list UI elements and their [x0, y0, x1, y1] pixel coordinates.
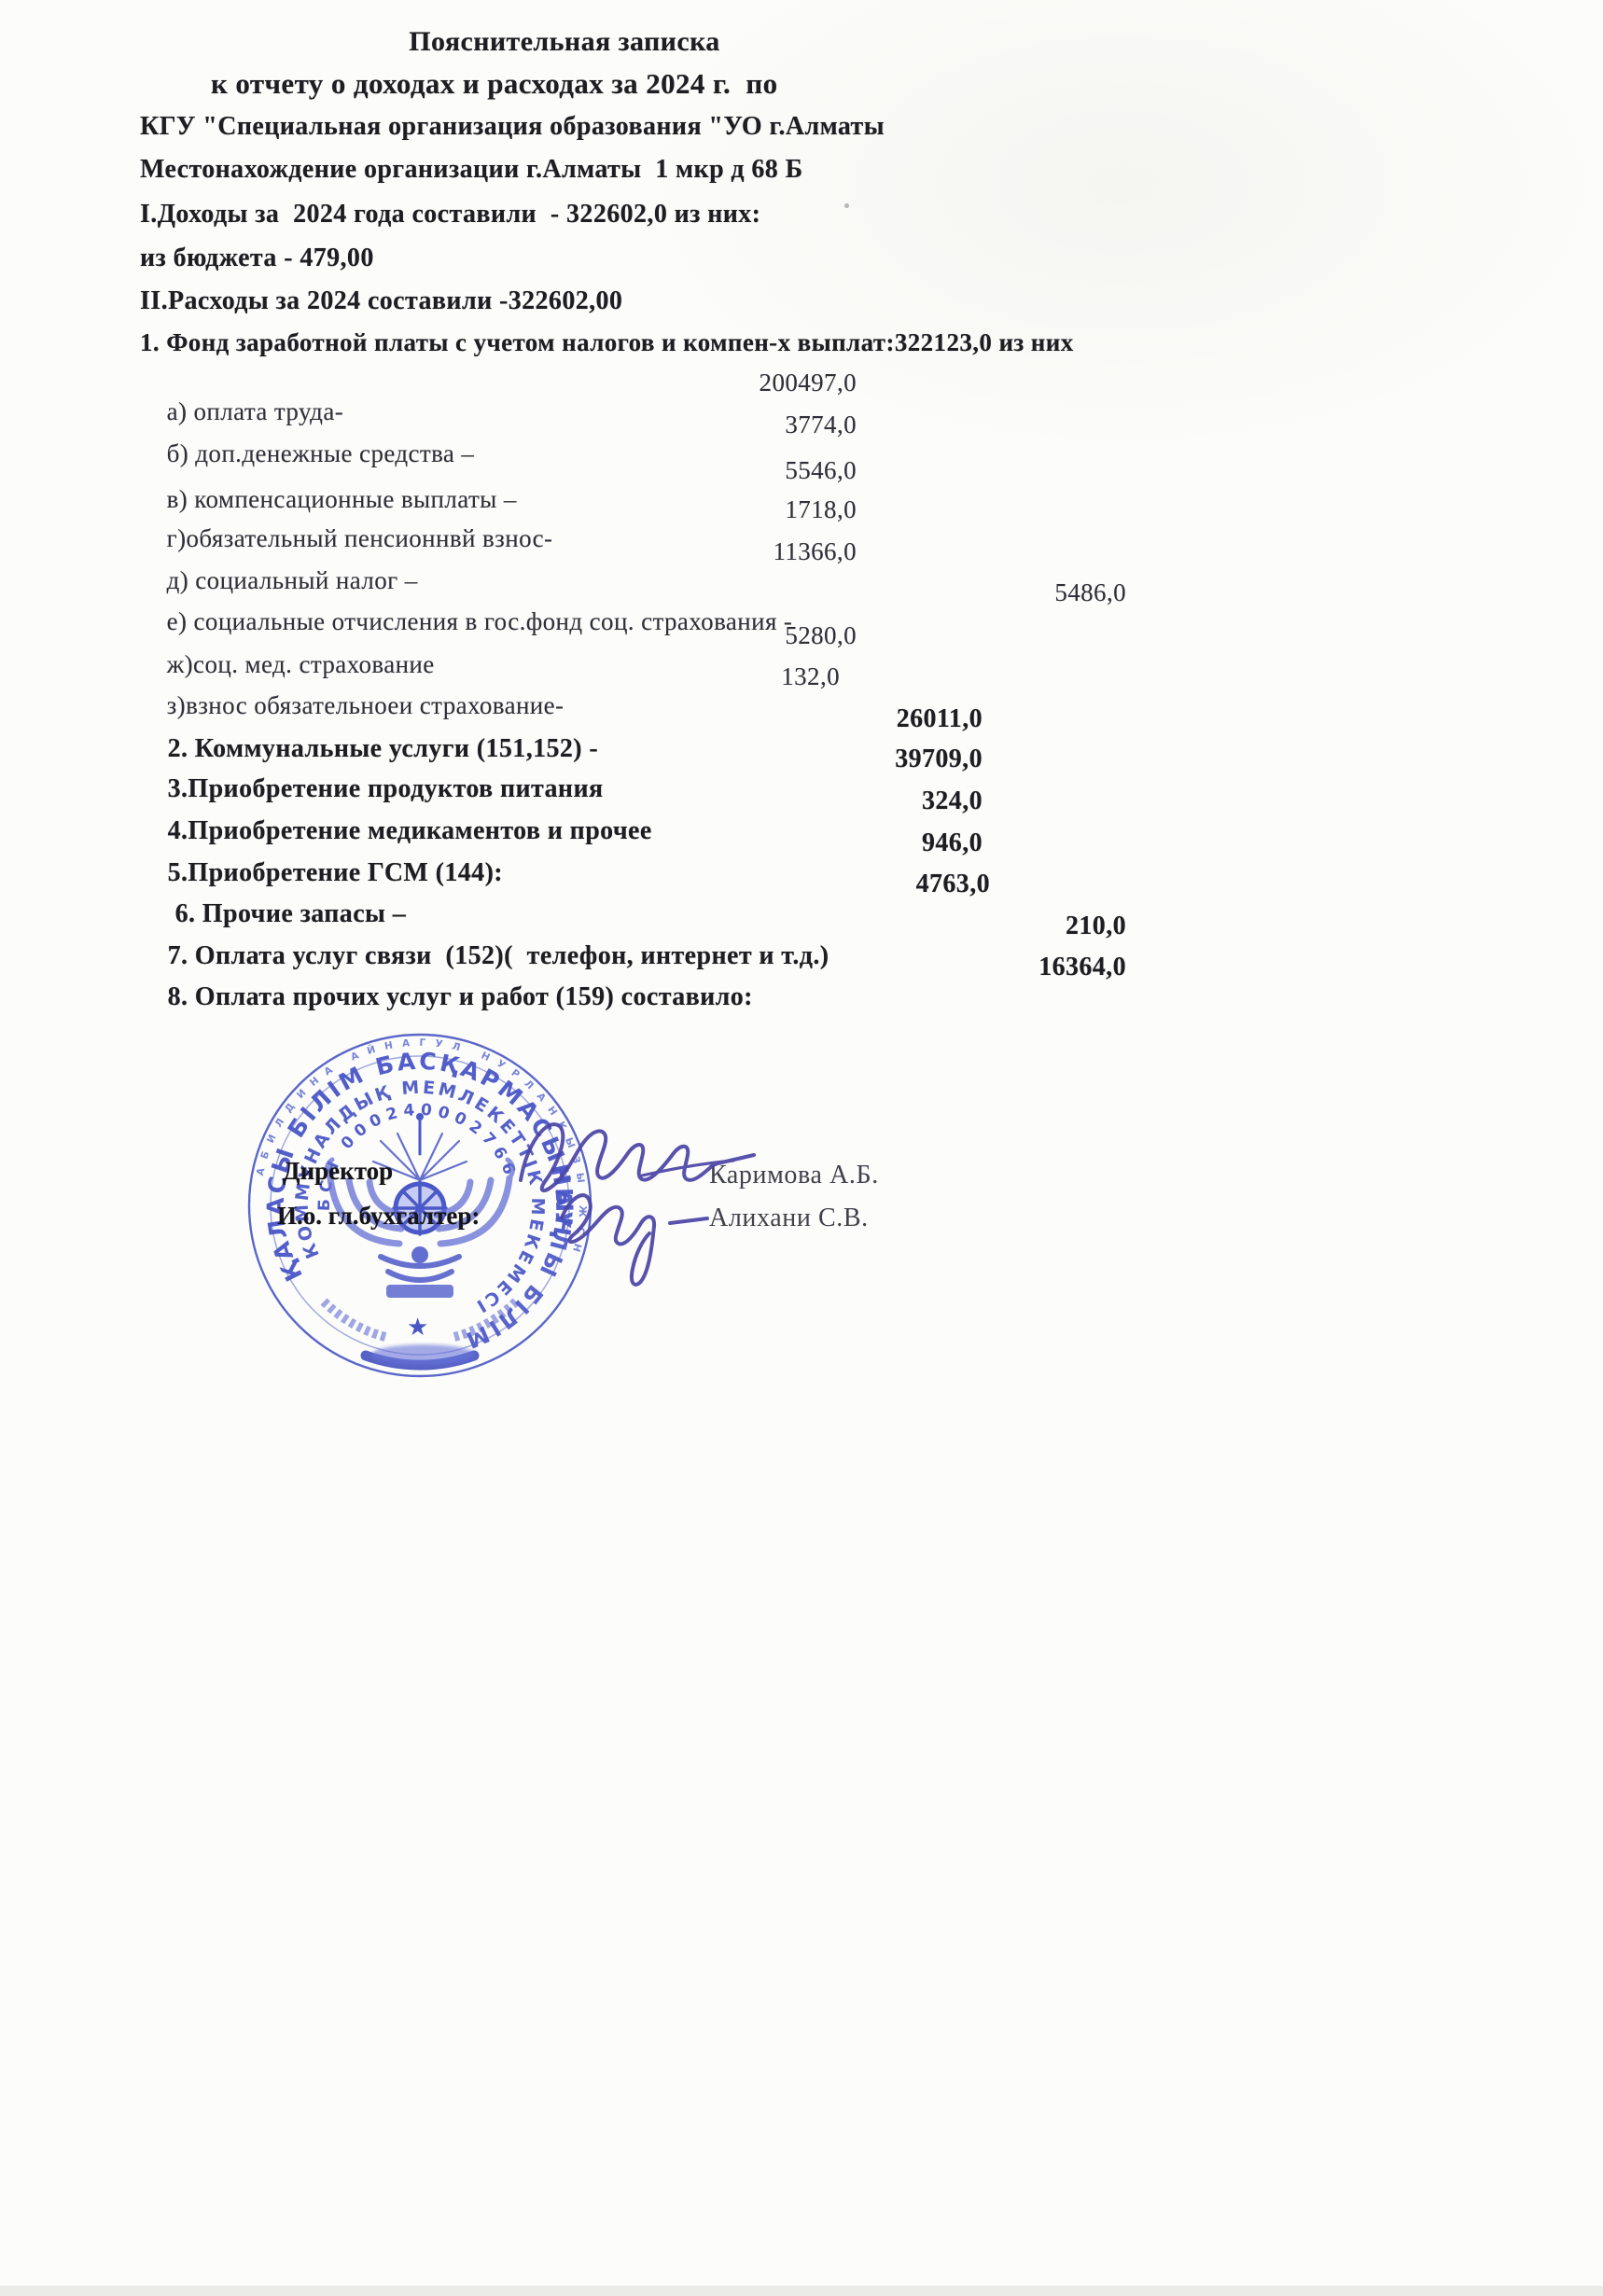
subitem-value: 5280,0: [595, 621, 857, 650]
subitem-value: 200497,0: [595, 369, 857, 397]
subitem-row: в) компенсационные выплаты – 5546,0: [140, 456, 1474, 494]
org-line: КГУ "Специальная организация образования…: [140, 112, 885, 142]
ribbon: [386, 1285, 453, 1298]
subitem-value: 11366,0: [595, 537, 857, 566]
subitem-row: г)обязательный пенсионнвй взнос- 1718,0: [140, 495, 1474, 533]
signature-director: [521, 1124, 754, 1190]
expense-item-value: 26011,0: [721, 704, 983, 734]
subitem-row: е) социальные отчисления в гос.фонд соц.…: [140, 578, 1474, 616]
scan-edge: [0, 2286, 1603, 2296]
expense-item-value: 4763,0: [729, 870, 990, 899]
location-line: Местонахождение организации г.Алматы 1 м…: [140, 155, 803, 185]
expense-item-row: 8. Оплата прочих услуг и работ (159) сос…: [140, 953, 1474, 990]
signatures: [504, 1054, 914, 1325]
signature-accountant-dash: [670, 1218, 707, 1223]
expense-item-row: 2. Коммунальные услуги (151,152) - 26011…: [140, 704, 1474, 742]
expense-item-row: 4.Приобретение медикаментов и прочее 324…: [140, 786, 1474, 824]
expense-item-label: 8. Оплата прочих услуг и работ (159) сос…: [168, 982, 753, 1011]
subitem-value: 3774,0: [595, 410, 857, 439]
star-icon: ★: [407, 1314, 428, 1342]
subitem-value: 1718,0: [595, 495, 857, 524]
expense-item-value: 16364,0: [865, 953, 1126, 982]
doc-title-line2: к отчету о доходах и расходах за 2024 г.…: [211, 67, 778, 101]
document-page: Пояснительная записка к отчету о доходах…: [0, 0, 1603, 2296]
subitem-value: 5486,0: [865, 578, 1126, 607]
subitem-row: а) оплата труда- 200497,0: [140, 369, 1474, 406]
subitem-row: ж)соц. мед. страхование 5280,0: [140, 621, 1474, 659]
accountant-label: И.о. гл.бухгалтер:: [277, 1202, 480, 1231]
expense-item-row: 6. Прочие запасы – 4763,0: [147, 870, 1482, 907]
director-label: Директор: [283, 1157, 393, 1186]
subitem-row: б) доп.денежные средства – 3774,0: [140, 410, 1474, 448]
stamp-texture-left: [324, 1301, 385, 1337]
doc-title-line1: Пояснительная записка: [140, 26, 989, 58]
signature-accountant: [562, 1195, 654, 1285]
subitem-value: 5546,0: [595, 456, 857, 485]
expense-item-value: 39709,0: [721, 744, 983, 774]
expense-item-row: 7. Оплата услуг связи (152)( телефон, ин…: [140, 911, 1474, 949]
subitem-value: 132,0: [578, 662, 840, 691]
expense-item-value: 210,0: [865, 911, 1126, 941]
fund-line: 1. Фонд заработной платы с учетом налого…: [140, 328, 1074, 357]
stamp-smudge: [371, 1344, 476, 1365]
expense-item-value: 324,0: [721, 786, 983, 816]
expense-item-row: 5.Приобретение ГСМ (144): 946,0: [140, 828, 1474, 866]
subitem-row: д) социальный налог – 11366,0: [140, 537, 1474, 575]
expenses-line: II.Расходы за 2024 составили -322602,00: [140, 286, 622, 316]
budget-line: из бюджета - 479,00: [140, 244, 374, 273]
scan-speck: [844, 203, 849, 208]
expense-item-value: 946,0: [721, 828, 983, 858]
expense-item-row: 3.Приобретение продуктов питания 39709,0: [140, 744, 1474, 782]
subitem-row: з)взнос обязательноеи страхование- 132,0: [140, 662, 1474, 700]
income-line: I.Доходы за 2024 года составили - 322602…: [140, 200, 760, 230]
